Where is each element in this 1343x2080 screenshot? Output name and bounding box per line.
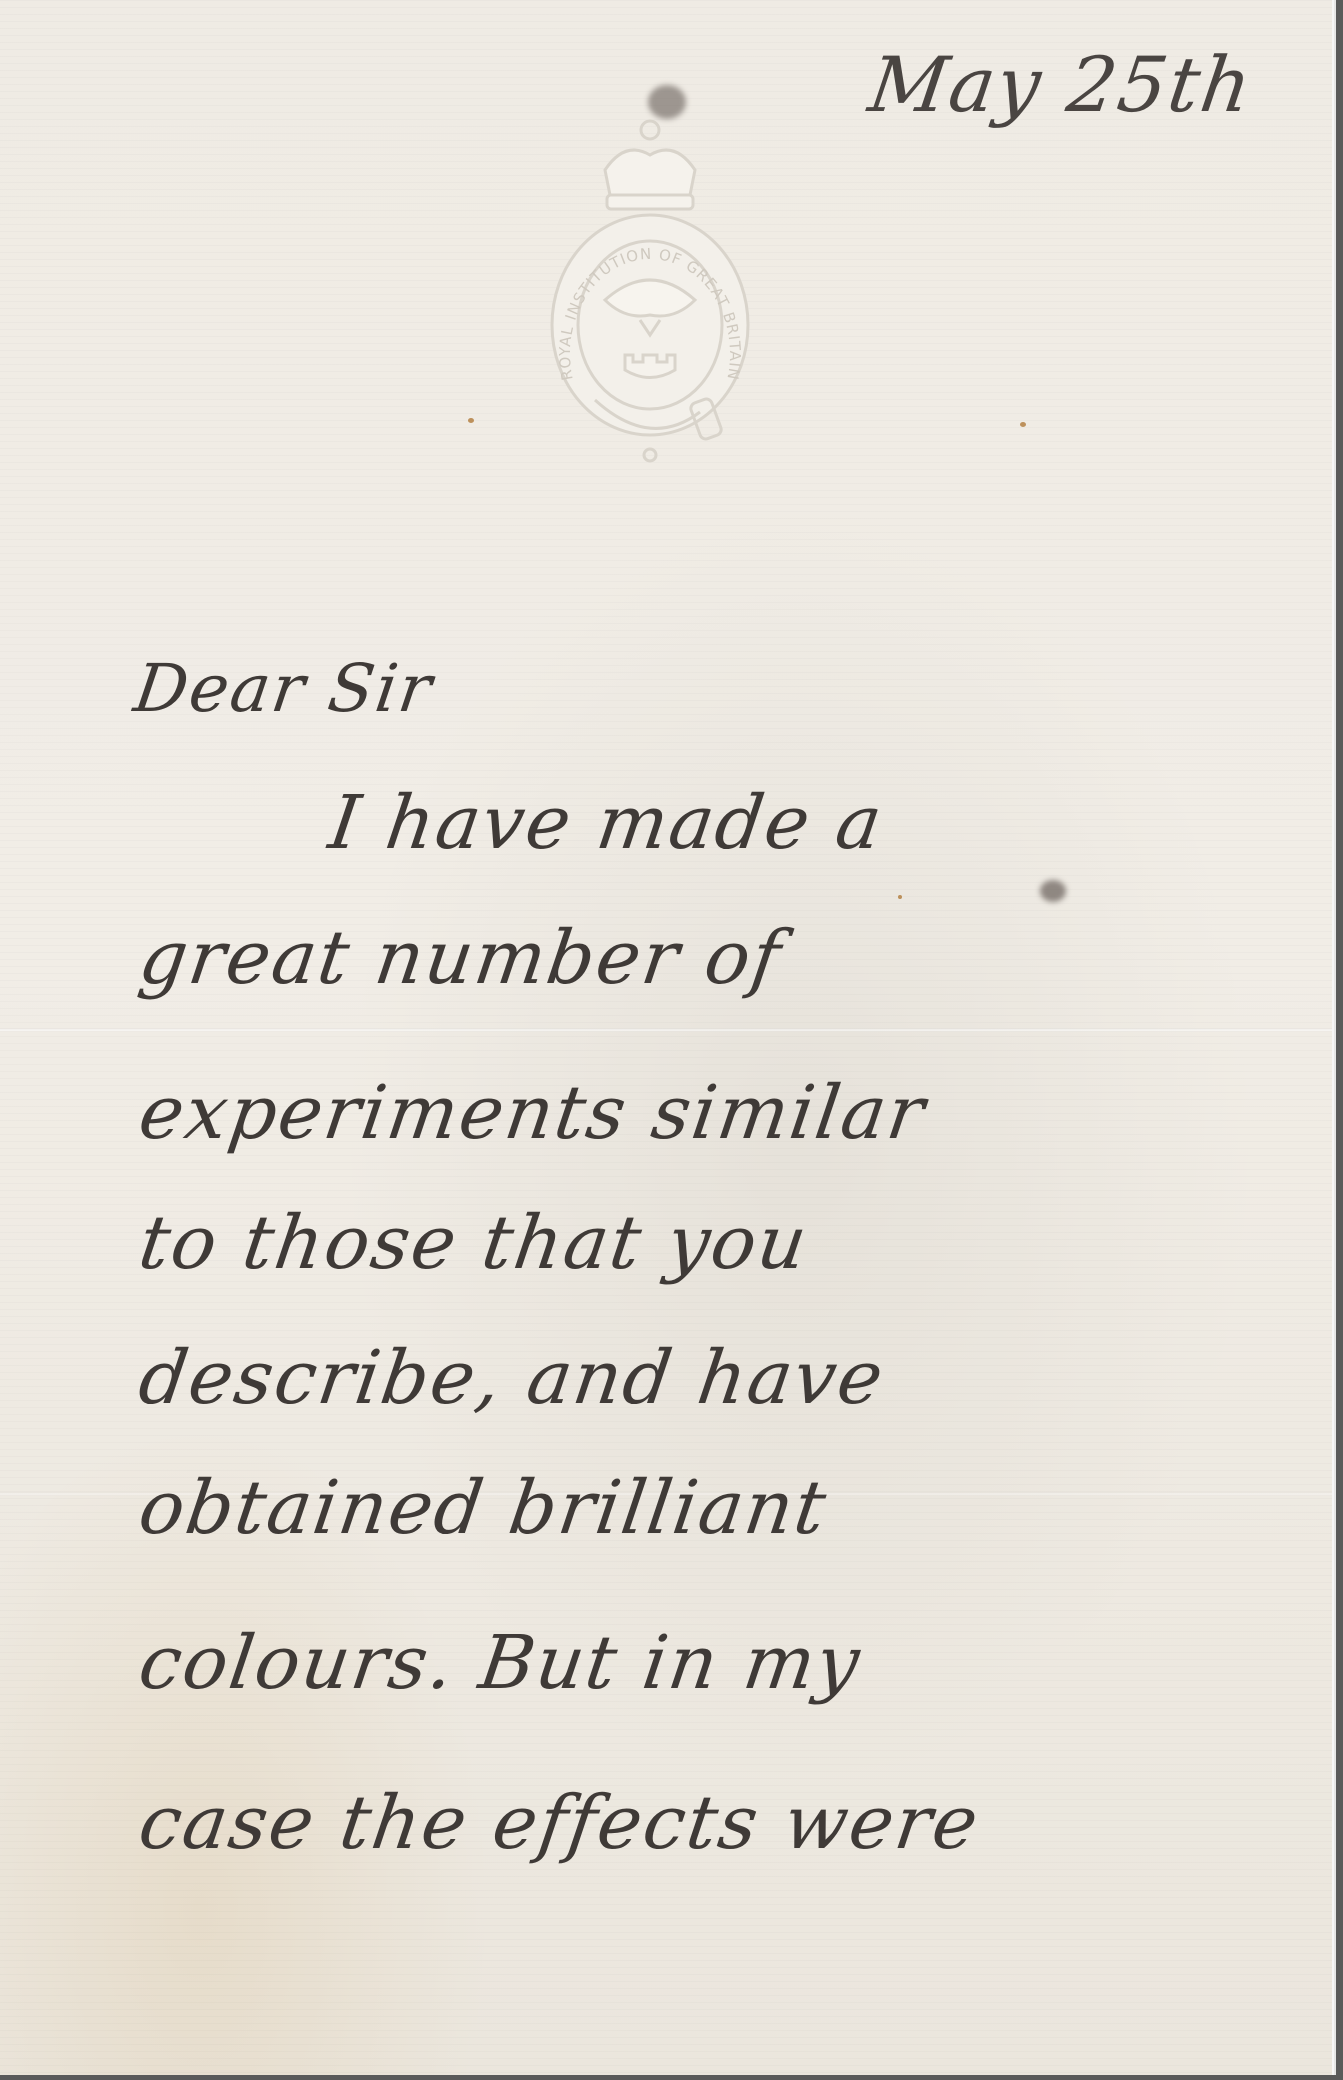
body-line: colours. But in my <box>134 1620 866 1706</box>
body-line: experiments similar <box>134 1070 931 1156</box>
body-line: obtained brilliant <box>134 1465 833 1551</box>
body-line: I have made a <box>324 780 889 866</box>
letter-date: May 25th <box>864 40 1259 129</box>
royal-institution-crest-icon: ROYAL INSTITUTION OF GREAT BRITAIN <box>535 100 765 480</box>
body-line: describe, and have <box>134 1335 890 1421</box>
body-line: great number of <box>134 915 787 1001</box>
letter-sheet: ROYAL INSTITUTION OF GREAT BRITAIN May 2… <box>0 0 1332 2075</box>
body-line: to those that you <box>134 1200 814 1286</box>
foxing-spot <box>898 895 902 899</box>
foxing-spot <box>1020 422 1026 427</box>
paper-fold-line <box>0 1028 1332 1032</box>
ink-blot <box>1040 880 1066 902</box>
salutation: Dear Sir <box>130 650 439 727</box>
foxing-spot <box>468 418 474 423</box>
body-line: case the effects were <box>134 1780 985 1866</box>
